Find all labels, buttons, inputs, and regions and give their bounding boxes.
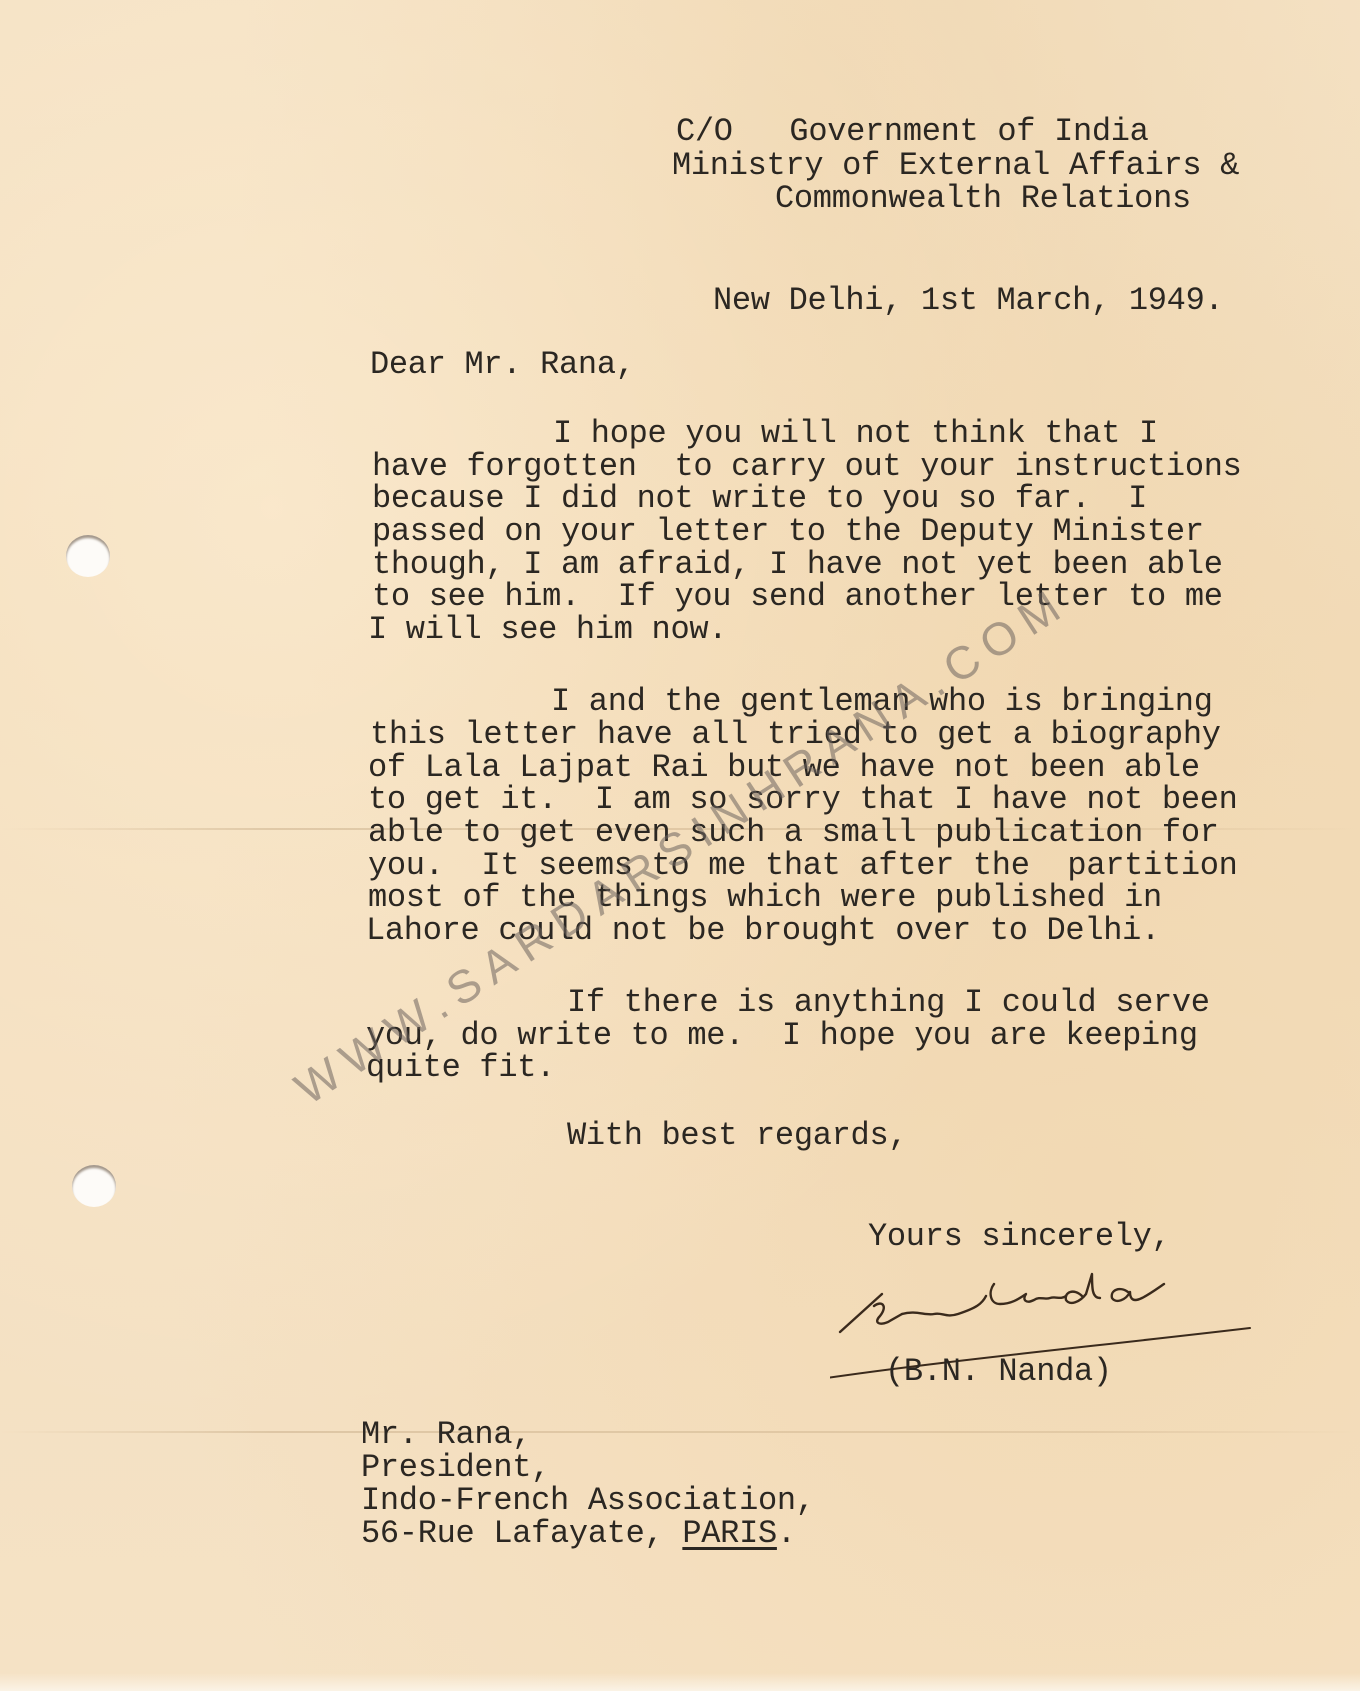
salutation: Dear Mr. Rana, <box>370 347 635 382</box>
recipient-organization: Indo-French Association, <box>361 1483 815 1518</box>
typed-signatory-name: (B.N. Nanda) <box>885 1354 1112 1389</box>
body-line: passed on your letter to the Deputy Mini… <box>372 514 1204 549</box>
body-line: have forgotten to carry out your instruc… <box>372 449 1242 484</box>
recipient-street-city: 56-Rue Lafayate, PARIS. <box>361 1516 796 1551</box>
body-line: If there is anything I could serve <box>567 985 1210 1020</box>
body-line: to see him. If you send another letter t… <box>372 579 1223 614</box>
body-line: though, I am afraid, I have not yet been… <box>372 547 1223 582</box>
punch-hole-top <box>66 535 110 577</box>
recipient-city: PARIS <box>682 1515 777 1552</box>
body-line: you. It seems to me that after the parti… <box>368 848 1238 883</box>
closing-regards: With best regards, <box>567 1118 907 1153</box>
recipient-name: Mr. Rana, <box>361 1417 531 1452</box>
date-line: New Delhi, 1st March, 1949. <box>713 283 1223 318</box>
recipient-street: 56-Rue Lafayate, <box>361 1515 682 1552</box>
body-line: you, do write to me. I hope you are keep… <box>366 1018 1198 1053</box>
letterhead-line-1: C/O Government of India <box>676 114 1149 149</box>
recipient-title: President, <box>361 1450 550 1485</box>
paper-bottom-edge <box>0 1673 1360 1691</box>
punch-hole-bottom <box>72 1165 116 1207</box>
body-line: because I did not write to you so far. I <box>372 481 1147 516</box>
closing-sign-off: Yours sincerely, <box>868 1219 1170 1254</box>
paper-fold-crease <box>0 1431 1360 1433</box>
body-line: I will see him now. <box>368 612 727 647</box>
body-line: able to get even such a small publicatio… <box>368 815 1219 850</box>
body-line: most of the things which were published … <box>368 880 1162 915</box>
recipient-period: . <box>777 1515 796 1552</box>
letterhead-line-3: Commonwealth Relations <box>775 181 1191 216</box>
letterhead-line-2: Ministry of External Affairs & <box>672 148 1239 183</box>
body-line: I hope you will not think that I <box>553 416 1158 451</box>
